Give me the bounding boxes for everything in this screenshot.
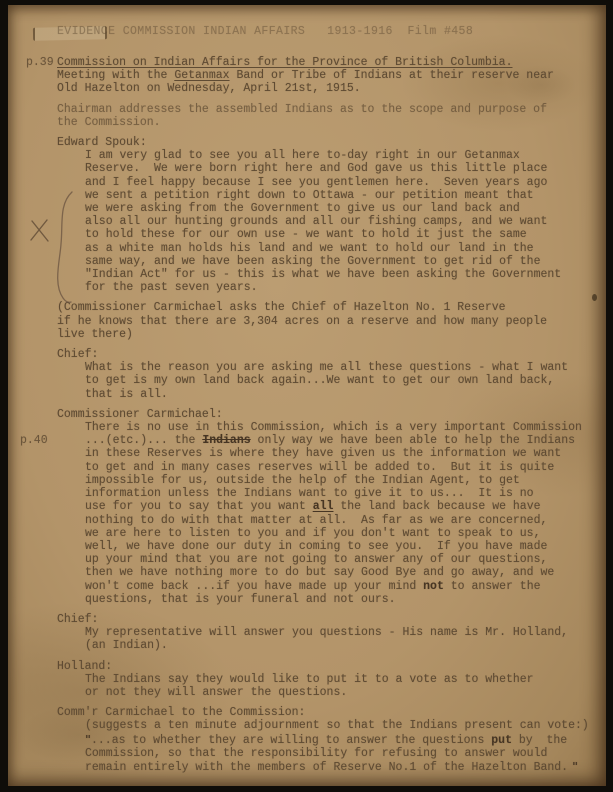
doc-line: (Commissioner Carmichael asks the Chief … (57, 301, 602, 314)
doc-line: impossible for us, outside the help of t… (57, 474, 602, 487)
doc-line: Meeting with the Getanmax Band or Tribe … (57, 69, 602, 82)
doc-line: also all our hunting grounds and all our… (57, 215, 602, 228)
doc-line: well, we have done our duty in coming to… (57, 540, 602, 553)
doc-line: won't come back ...if you have made up y… (57, 580, 602, 593)
doc-line: Reserve. We were born right here and God… (57, 162, 602, 175)
doc-line: questions, that is your funeral and not … (57, 593, 602, 606)
page-number-mark: p.39 (26, 56, 54, 69)
doc-line: ...(etc.)... the Indians only way we hav… (57, 434, 602, 447)
doc-line: for the past seven years. (57, 281, 602, 294)
doc-line: or not they will answer the questions. (57, 686, 602, 699)
doc-line: use for you to say that you want all the… (57, 500, 602, 513)
carmichael-to-commission: Comm'r Carmichael to the Commission:(sug… (57, 706, 602, 774)
speaker-name: Chief: (57, 348, 602, 361)
pencil-x-mark (28, 218, 52, 244)
doc-line: (an Indian). (57, 639, 602, 652)
doc-line: that is all. (57, 388, 602, 401)
chief-speech-2: Chief:My representative will answer you … (57, 613, 602, 653)
doc-line: same way, and we have been asking the Go… (57, 255, 602, 268)
speaker-name: Commissioner Carmichael: (57, 408, 602, 421)
doc-line: The Indians say they would like to put i… (57, 673, 602, 686)
paper-sheet: EVIDENCE COMMISSION INDIAN AFFAIRS 1913-… (8, 5, 606, 786)
doc-line: remain entirely with the members of Rese… (57, 760, 602, 774)
doc-line: nothing to do with that matter at all. A… (57, 514, 602, 527)
doc-line: "Indian Act" for us - this is what we ha… (57, 268, 602, 281)
chairman-note: Chairman addresses the assembled Indians… (57, 103, 602, 129)
doc-line: (suggests a ten minute adjournment so th… (57, 719, 602, 732)
doc-line: to get and in many cases reserves will b… (57, 461, 602, 474)
edward-spouk-speech: Edward Spouk:I am very glad to see you a… (57, 136, 602, 294)
doc-line: we were asking from the Government to gi… (57, 202, 602, 215)
title-paragraph: Commission on Indian Affairs for the Pro… (57, 56, 602, 96)
speaker-name: Edward Spouk: (57, 136, 602, 149)
doc-line: There is no use in this Commission, whic… (57, 421, 602, 434)
speaker-name: Comm'r Carmichael to the Commission: (57, 706, 602, 719)
page-number-mark: p.40 (20, 434, 48, 447)
doc-line: as a white man holds his land and we wan… (57, 242, 602, 255)
pencil-brace-annotation (48, 190, 76, 308)
doc-line: to hold these for our own use - we want … (57, 228, 602, 241)
doc-line: Old Hazelton on Wednesday, April 21st, 1… (57, 82, 602, 95)
doc-line: up your mind that you are not going to a… (57, 553, 602, 566)
doc-line: the Commission. (57, 116, 602, 129)
doc-line: and I feel happy because I see you gentl… (57, 176, 602, 189)
holland-speech: Holland:The Indians say they would like … (57, 660, 602, 700)
doc-line: Chairman addresses the assembled Indians… (57, 103, 602, 116)
doc-line: information unless the Indians want to g… (57, 487, 602, 500)
carmichael-aside: (Commissioner Carmichael asks the Chief … (57, 301, 602, 341)
document-header: EVIDENCE COMMISSION INDIAN AFFAIRS 1913-… (57, 25, 473, 38)
doc-line: What is the reason you are asking me all… (57, 361, 602, 374)
doc-line: if he knows that there are 3,304 acres o… (57, 315, 602, 328)
speaker-name: Chief: (57, 613, 602, 626)
doc-line: live there) (57, 328, 602, 341)
doc-line: I am very glad to see you all here to-da… (57, 149, 602, 162)
carmichael-speech: Commissioner Carmichael:There is no use … (57, 408, 602, 606)
doc-line: in these Reserves is where they have giv… (57, 447, 602, 460)
doc-line: to get is my own land back again...We wa… (57, 374, 602, 387)
doc-line: Commission, so that the responsibility f… (57, 747, 602, 760)
chief-speech-1: Chief:What is the reason you are asking … (57, 348, 602, 401)
doc-line: My representative will answer you questi… (57, 626, 602, 639)
doc-line: we are here to listen to you and if you … (57, 527, 602, 540)
document-body: Commission on Indian Affairs for the Pro… (57, 56, 602, 781)
speaker-name: Holland: (57, 660, 602, 673)
doc-line: "...as to whether they are willing to an… (57, 733, 602, 747)
pen-quote-mark: " (568, 759, 578, 773)
doc-line: we sent a petition right down to Ottawa … (57, 189, 602, 202)
doc-line: Commission on Indian Affairs for the Pro… (57, 56, 602, 69)
scanned-document-page: { "document": { "header": "EVIDENCE COMM… (0, 0, 613, 792)
doc-line: then we have nothing more to do but say … (57, 566, 602, 579)
